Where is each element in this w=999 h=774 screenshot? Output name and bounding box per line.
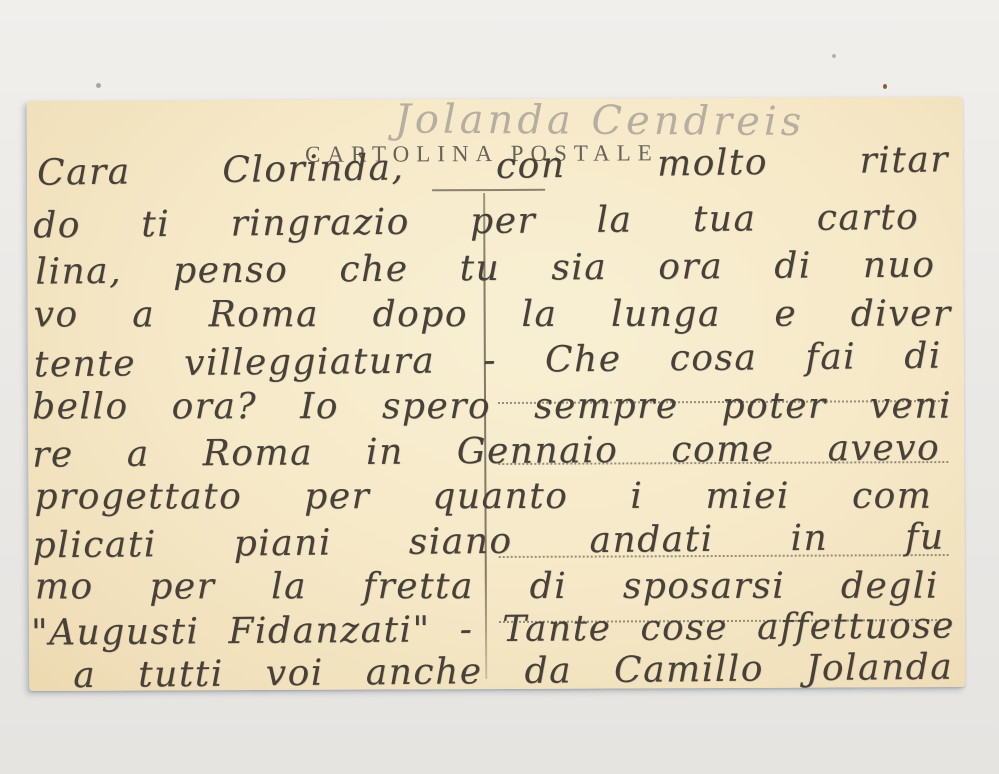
handwritten-line-10: mo per la fretta di sposarsi degli xyxy=(35,565,939,610)
handwritten-line-3: lina, penso che tu sia ora di nuo xyxy=(35,244,935,295)
handwritten-line-2: do ti ringrazio per la tua carto xyxy=(33,196,919,249)
handwritten-line-6: bello ora? Io spero sempre poter veni xyxy=(32,385,952,430)
handwritten-line-5: tente villeggiatura - Che cosa fai di xyxy=(34,335,942,388)
handwritten-line-8: progettato per quanto i miei com xyxy=(34,475,932,520)
handwritten-line-12: a tutti voi anche da Camillo Jolanda xyxy=(73,646,953,698)
handwritten-line-9: plicati piani siano andati in fu xyxy=(32,516,944,569)
dust-speck xyxy=(883,84,887,89)
postcard: CARTOLINA POSTALE Jolanda Cendreis Cara … xyxy=(27,97,966,691)
dust-speck xyxy=(832,54,836,58)
scan-background: CARTOLINA POSTALE Jolanda Cendreis Cara … xyxy=(0,0,999,774)
handwritten-line-4: vo a Roma dopo la lunga e diver xyxy=(34,293,952,338)
dust-speck xyxy=(96,83,101,88)
handwritten-line-7: re a Roma in Gennaio come avevo xyxy=(32,426,940,477)
